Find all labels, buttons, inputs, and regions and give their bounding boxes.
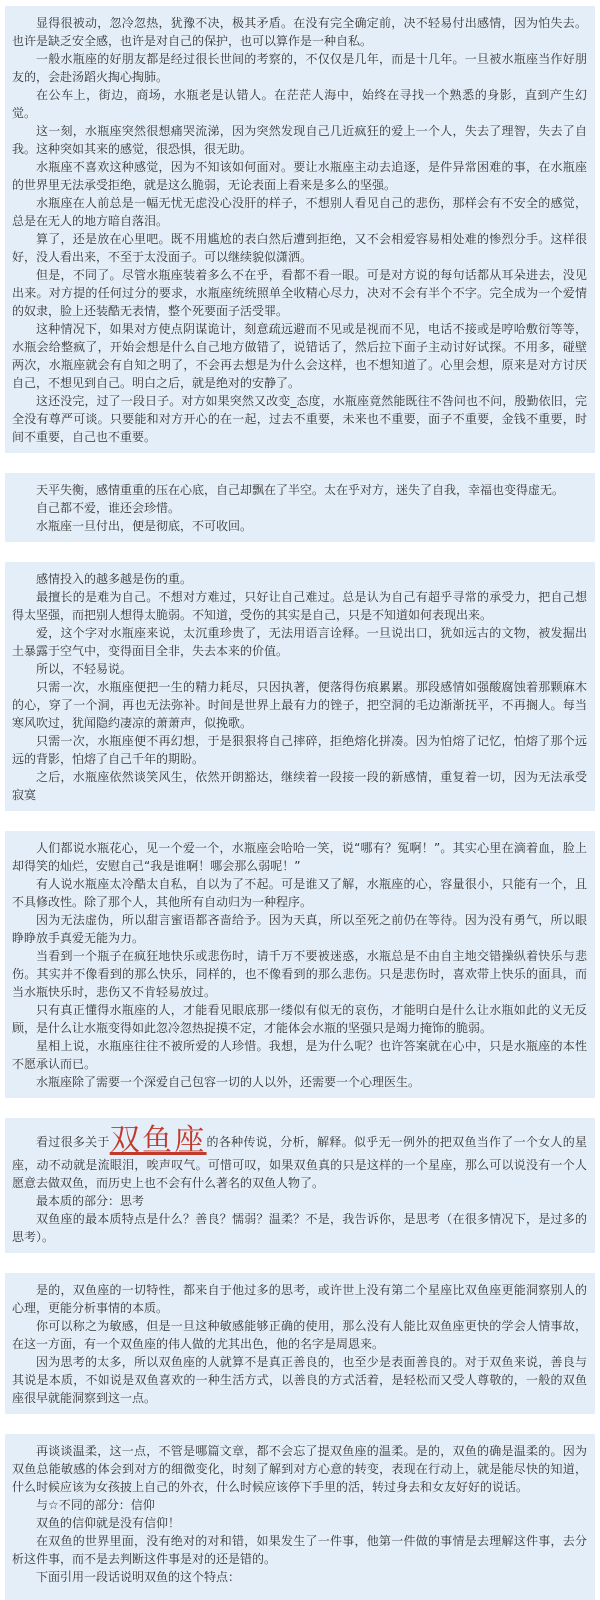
paragraph: 人们都说水瓶花心，见一个爱一个，水瓶座会哈哈一笑，说“哪有？冤啊！”。其实心里在… — [12, 839, 587, 875]
section-aquarius-imbalance: 天平失衡，感情重重的压在心底，自己却飘在了半空。太在乎对方，迷失了自我，幸福也变… — [5, 473, 595, 542]
paragraph: 在公车上，街边，商场，水瓶老是认错人。在茫茫人海中，始终在寻找一个熟悉的身影，直… — [12, 86, 587, 122]
paragraph: 这还没完，过了一段日子。对方如果突然又改变_态度，水瓶座竟然能既往不咎问也不问，… — [12, 392, 587, 446]
paragraph: 因为无法虚伪，所以甜言蜜语都吝啬给予。因为天真，所以至死之前仍在等待。因为没有勇… — [12, 911, 587, 947]
section-pisces-thinking: 是的，双鱼座的一切特性，都来自于他过多的思考，或许世上没有第二个星座比双鱼座更能… — [5, 1273, 595, 1414]
paragraph: 但是，不同了。尽管水瓶座装着多么不在乎，看都不看一眼。可是对方说的每句话都从耳朵… — [12, 266, 587, 320]
paragraph: 显得很被动，忽冷忽热，犹豫不决，极其矛盾。在没有完全确定前，决不轻易付出感情，因… — [12, 14, 587, 50]
paragraph: 水瓶座不喜欢这种感觉，因为不知该如何面对。要让水瓶座主动去追逐，是件异常困难的事… — [12, 158, 587, 194]
paragraph: 在双鱼的世界里面，没有绝对的对和错，如果发生了一件事，他第一件做的事情是去理解这… — [12, 1532, 587, 1568]
section-aquarius-love-cost: 感情投入的越多越是伤的重。 最擅长的是难为自己。不想对方难过，只好让自己难过。总… — [5, 562, 595, 811]
section-pisces-gentle-belief: 再谈谈温柔，这一点，不管是哪篇文章，都不会忘了提双鱼座的温柔。是的，双鱼的确是温… — [5, 1434, 595, 1600]
paragraph: 因为思考的太多，所以双鱼座的人就算不是真正善良的，也至少是表面善良的。对于双鱼来… — [12, 1353, 587, 1407]
paragraph: 这一刻，水瓶座突然很想痛哭流涕，因为突然发现自己几近疯狂的爱上一个人，失去了理智… — [12, 122, 587, 158]
paragraph: 爱，这个字对水瓶座来说，太沉重珍贵了，无法用语言诠释。一旦说出口，犹如远古的文物… — [12, 624, 587, 660]
paragraph: 水瓶座除了需要一个深爱自己包容一切的人以外，还需要一个心理医生。 — [12, 1073, 587, 1091]
paragraph: 一般水瓶座的好朋友都是经过很长世间的考察的，不仅仅是几年，而是十几年。一旦被水瓶… — [12, 50, 587, 86]
paragraph: 感情投入的越多越是伤的重。 — [12, 570, 587, 588]
paragraph: 当看到一个瓶子在疯狂地快乐或悲伤时，请千万不要被迷惑，水瓶总是不由自主地交错操纵… — [12, 947, 587, 1001]
section-aquarius-passive: 显得很被动，忽冷忽热，犹豫不决，极其矛盾。在没有完全确定前，决不轻易付出感情，因… — [5, 6, 595, 453]
paragraph: 这种情况下，如果对方使点阴谋诡计，刻意疏远避而不见或是视而不见，电话不接或是哼哈… — [12, 320, 587, 392]
paragraph: 只有真正懂得水瓶座的人，才能看见眼底那一缕似有似无的哀伤，才能明白是什么让水瓶如… — [12, 1001, 587, 1037]
paragraph: 下面引用一段话说明双鱼的这个特点： — [12, 1568, 587, 1586]
paragraph: 只需一次，水瓶座便把一生的精力耗尽，只因执著，便落得伤痕累累。那段感情如强酸腐蚀… — [12, 678, 587, 732]
pisces-intro-prefix: 看过很多关于 — [36, 1135, 110, 1149]
paragraph: 双鱼的信仰就是没有信仰！ — [12, 1514, 587, 1532]
paragraph: 双鱼座的最本质特点是什么？善良？懦弱？温柔？不是，我告诉你，是思考（在很多情况下… — [12, 1210, 587, 1246]
paragraph: 只需一次，水瓶座便不再幻想，于是狠狠将自己摔碎，拒绝熔化拼凑。因为怕熔了记忆，怕… — [12, 732, 587, 768]
paragraph: 水瓶座在人前总是一幅无忧无虑没心没肝的样子，不想别人看见自己的悲伤，那样会有不安… — [12, 194, 587, 230]
paragraph: 最擅长的是难为自己。不想对方难过，只好让自己难过。总是认为自己有超乎寻常的承受力… — [12, 588, 587, 624]
paragraph: 与☆不同的部分：信仰 — [12, 1496, 587, 1514]
paragraph: 你可以称之为敏感，但是一旦这种敏感能够正确的使用，那么没有人能比双鱼座更快的学会… — [12, 1317, 587, 1353]
paragraph: 算了，还是放在心里吧。既不用尴尬的表白然后遭到拒绝，又不会相爱容易相处难的惨烈分… — [12, 230, 587, 266]
paragraph: 所以，不轻易说。 — [12, 660, 587, 678]
paragraph: 再谈谈温柔，这一点，不管是哪篇文章，都不会忘了提双鱼座的温柔。是的，双鱼的确是温… — [12, 1442, 587, 1496]
paragraph: 星相上说，水瓶座往往不被所爱的人珍惜。我想，是为什么呢？也许答案就在心中，只是水… — [12, 1037, 587, 1073]
section-aquarius-mask: 人们都说水瓶花心，见一个爱一个，水瓶座会哈哈一笑，说“哪有？冤啊！”。其实心里在… — [5, 831, 595, 1098]
paragraph: 是的，双鱼座的一切特性，都来自于他过多的思考，或许世上没有第二个星座比双鱼座更能… — [12, 1281, 587, 1317]
paragraph: 水瓶座一旦付出，便是彻底，不可收回。 — [12, 517, 587, 535]
paragraph: 天平失衡，感情重重的压在心底，自己却飘在了半空。太在乎对方，迷失了自我，幸福也变… — [12, 481, 587, 499]
paragraph: 最本质的部分：思考 — [12, 1192, 587, 1210]
section-pisces-intro: 看过很多关于双鱼座的各种传说，分析，解释。似乎无一例外的把双鱼当作了一个女人的星… — [5, 1118, 595, 1253]
paragraph: 之后，水瓶座依然谈笑风生，依然开朗豁达，继续着一段接一段的新感情，重复着一切，因… — [12, 768, 587, 804]
pisces-title-link[interactable]: 双鱼座 — [110, 1123, 207, 1158]
paragraph: 自己都不爱，谁还会珍惜。 — [12, 499, 587, 517]
document-page: 显得很被动，忽冷忽热，犹豫不决，极其矛盾。在没有完全确定前，决不轻易付出感情，因… — [0, 0, 600, 1600]
paragraph: 有人说水瓶座太冷酷太自私，自以为了不起。可是谁又了解，水瓶座的心，容量很小，只能… — [12, 875, 587, 911]
pisces-intro-paragraph: 看过很多关于双鱼座的各种传说，分析，解释。似乎无一例外的把双鱼当作了一个女人的星… — [12, 1126, 587, 1192]
